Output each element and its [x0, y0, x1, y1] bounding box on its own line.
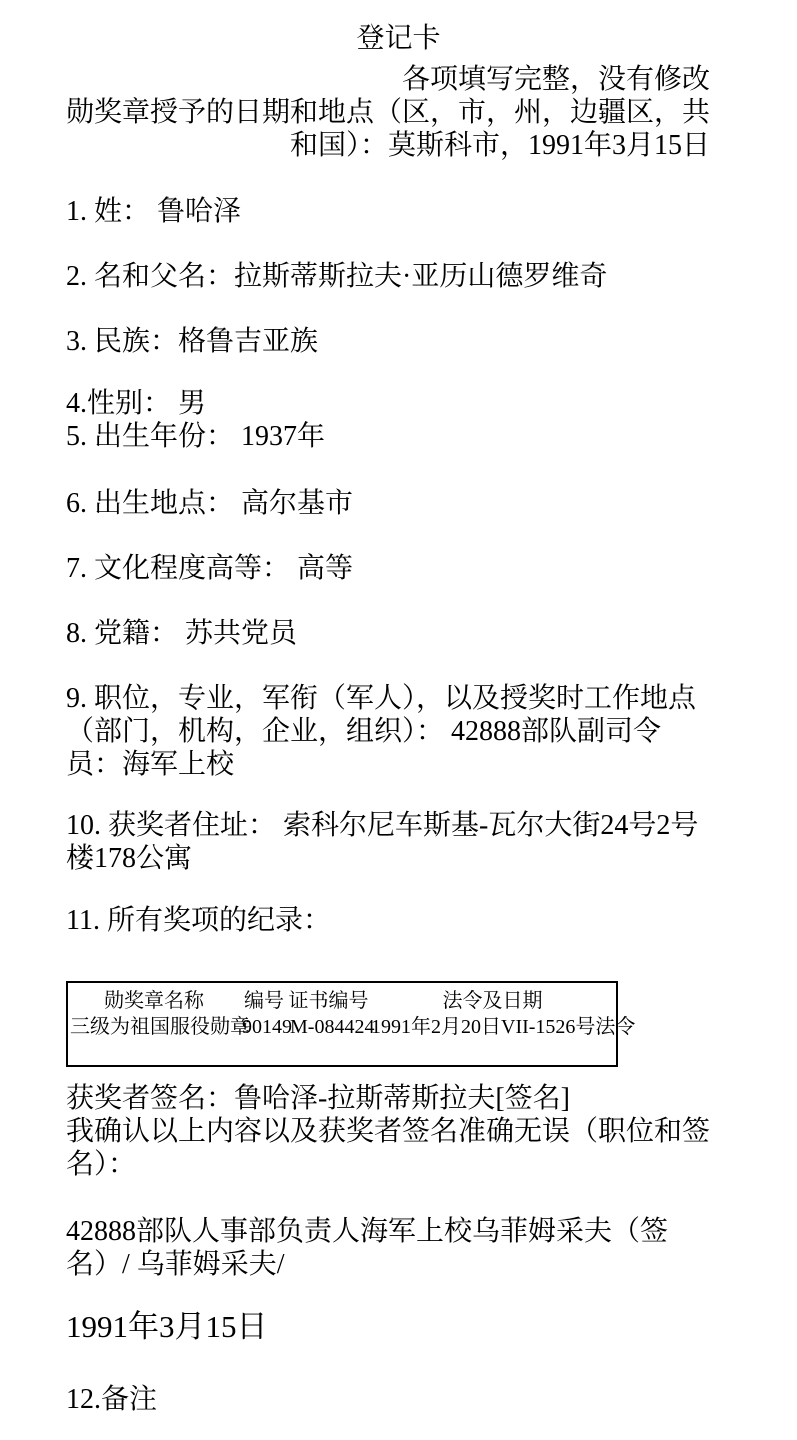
awards-table-header-row: 勋奖章名称 编号 证书编号 法令及日期: [68, 988, 616, 1014]
signature-section: 获奖者签名：鲁哈泽-拉斯蒂斯拉夫[签名] 我确认以上内容以及获奖者签名准确无误（…: [66, 1082, 731, 1181]
cell-award-name: 三级为祖国服役勋章: [68, 1014, 240, 1040]
officer-signature-line: 42888部队人事部负责人海军上校乌菲姆采夫（签 名）/ 乌菲姆采夫/: [66, 1215, 731, 1281]
field-education: 7. 文化程度高等： 高等: [66, 552, 731, 585]
field-gender: 4.性别： 男: [66, 387, 731, 420]
confirmation-statement: 我确认以上内容以及获奖者签名准确无误（职位和签 名）：: [66, 1115, 731, 1181]
field-birth-year: 5. 出生年份： 1937年: [66, 420, 731, 453]
header-award-name: 勋奖章名称: [68, 988, 240, 1014]
cell-award-number: 90149: [240, 1014, 288, 1040]
field-name-patronymic: 2. 名和父名：拉斯蒂斯拉夫·亚历山德罗维奇: [66, 260, 731, 293]
registration-card-document: 登记卡 各项填写完整，没有修改 勋奖章授予的日期和地点（区，市，州，边疆区，共 …: [0, 0, 797, 1440]
awards-table-row: 三级为祖国服役勋章 90149 M-084424 1991年2月20日VII-1…: [68, 1014, 616, 1040]
header-decree-and-date: 法令及日期: [369, 988, 616, 1014]
header-award-number: 编号: [240, 988, 288, 1014]
page-title: 登记卡: [66, 22, 731, 55]
field-ethnicity: 3. 民族：格鲁吉亚族: [66, 325, 731, 358]
field-birth-place: 6. 出生地点： 高尔基市: [66, 487, 731, 520]
cell-certificate-number: M-084424: [288, 1014, 369, 1040]
cell-decree-and-date: 1991年2月20日VII-1526号法令: [369, 1014, 616, 1040]
recipient-signature-line: 获奖者签名：鲁哈泽-拉斯蒂斯拉夫[签名]: [66, 1082, 731, 1115]
field-awards-record-label: 11. 所有奖项的纪录：: [66, 904, 731, 937]
field-surname: 1. 姓： 鲁哈泽: [66, 195, 731, 228]
awards-table: 勋奖章名称 编号 证书编号 法令及日期 三级为祖国服役勋章 90149 M-08…: [66, 981, 618, 1067]
field-address: 10. 获奖者住址： 索科尔尼车斯基-瓦尔大街24号2号 楼178公寓: [66, 809, 731, 875]
header-certificate-number: 证书编号: [288, 988, 369, 1014]
field-party-membership: 8. 党籍： 苏共党员: [66, 617, 731, 650]
field-remarks: 12.备注: [66, 1383, 731, 1416]
card-header-note: 各项填写完整，没有修改 勋奖章授予的日期和地点（区，市，州，边疆区，共 和国）：…: [66, 63, 731, 162]
date-line: 1991年3月15日: [66, 1308, 731, 1346]
field-position: 9. 职位，专业，军衔（军人），以及授奖时工作地点 （部门，机构，企业，组织）：…: [66, 682, 731, 781]
